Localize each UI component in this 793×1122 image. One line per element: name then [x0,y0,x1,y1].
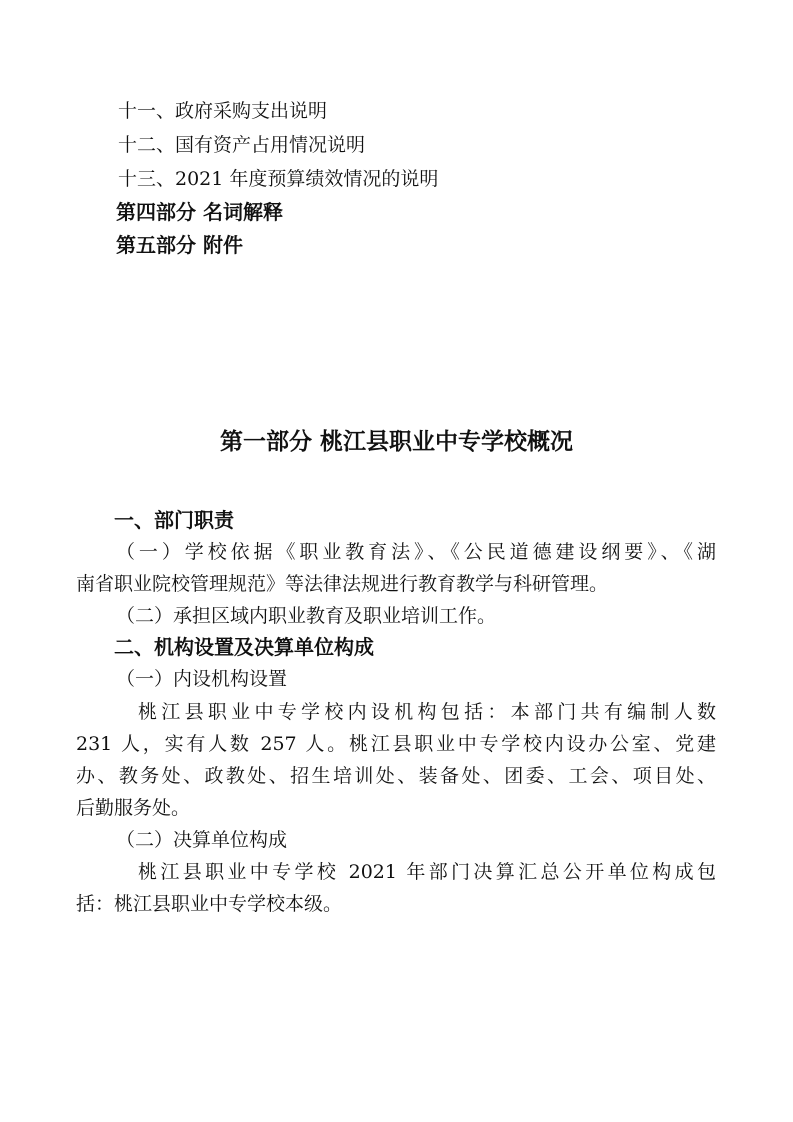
unit-paragraph-line2: 括：桃江县职业中专学校本级。 [76,892,342,916]
org-paragraph-line1: 桃江县职业中专学校内设机构包括：本部门共有编制人数 [138,700,716,724]
heading-org-structure: 二、机构设置及决算单位构成 [114,635,374,659]
toc-part-5: 第五部分 附件 [116,233,243,257]
org-paragraph-line3: 办、教务处、政教处、招生培训处、装备处、团委、工会、项目处、 [76,764,716,788]
duty-2: （二）承担区域内职业教育及职业培训工作。 [116,604,496,628]
toc-part-4: 第四部分 名词解释 [116,200,283,224]
section-title: 第一部分 桃江县职业中专学校概况 [0,430,793,454]
org-paragraph-line4: 后勤服务处。 [76,796,190,820]
subheading-internal-org: （一）内设机构设置 [116,667,287,691]
toc-item-11: 十一、政府采购支出说明 [118,99,327,123]
heading-department-duties: 一、部门职责 [114,508,234,532]
subheading-final-accounts-units: （二）决算单位构成 [116,828,287,852]
toc-item-13: 十三、2021 年度预算绩效情况的说明 [118,167,438,191]
toc-item-12: 十二、国有资产占用情况说明 [118,133,365,157]
duty-1-line1: （一）学校依据《职业教育法》、《公民道德建设纲要》、《湖 [116,540,716,564]
unit-paragraph-line1: 桃江县职业中专学校 2021 年部门决算汇总公开单位构成包 [138,860,716,884]
duty-1-line2: 南省职业院校管理规范》等法律法规进行教育教学与科研管理。 [76,572,608,596]
org-paragraph-line2: 231 人，实有人数 257 人。桃江县职业中专学校内设办公室、党建 [76,732,716,756]
